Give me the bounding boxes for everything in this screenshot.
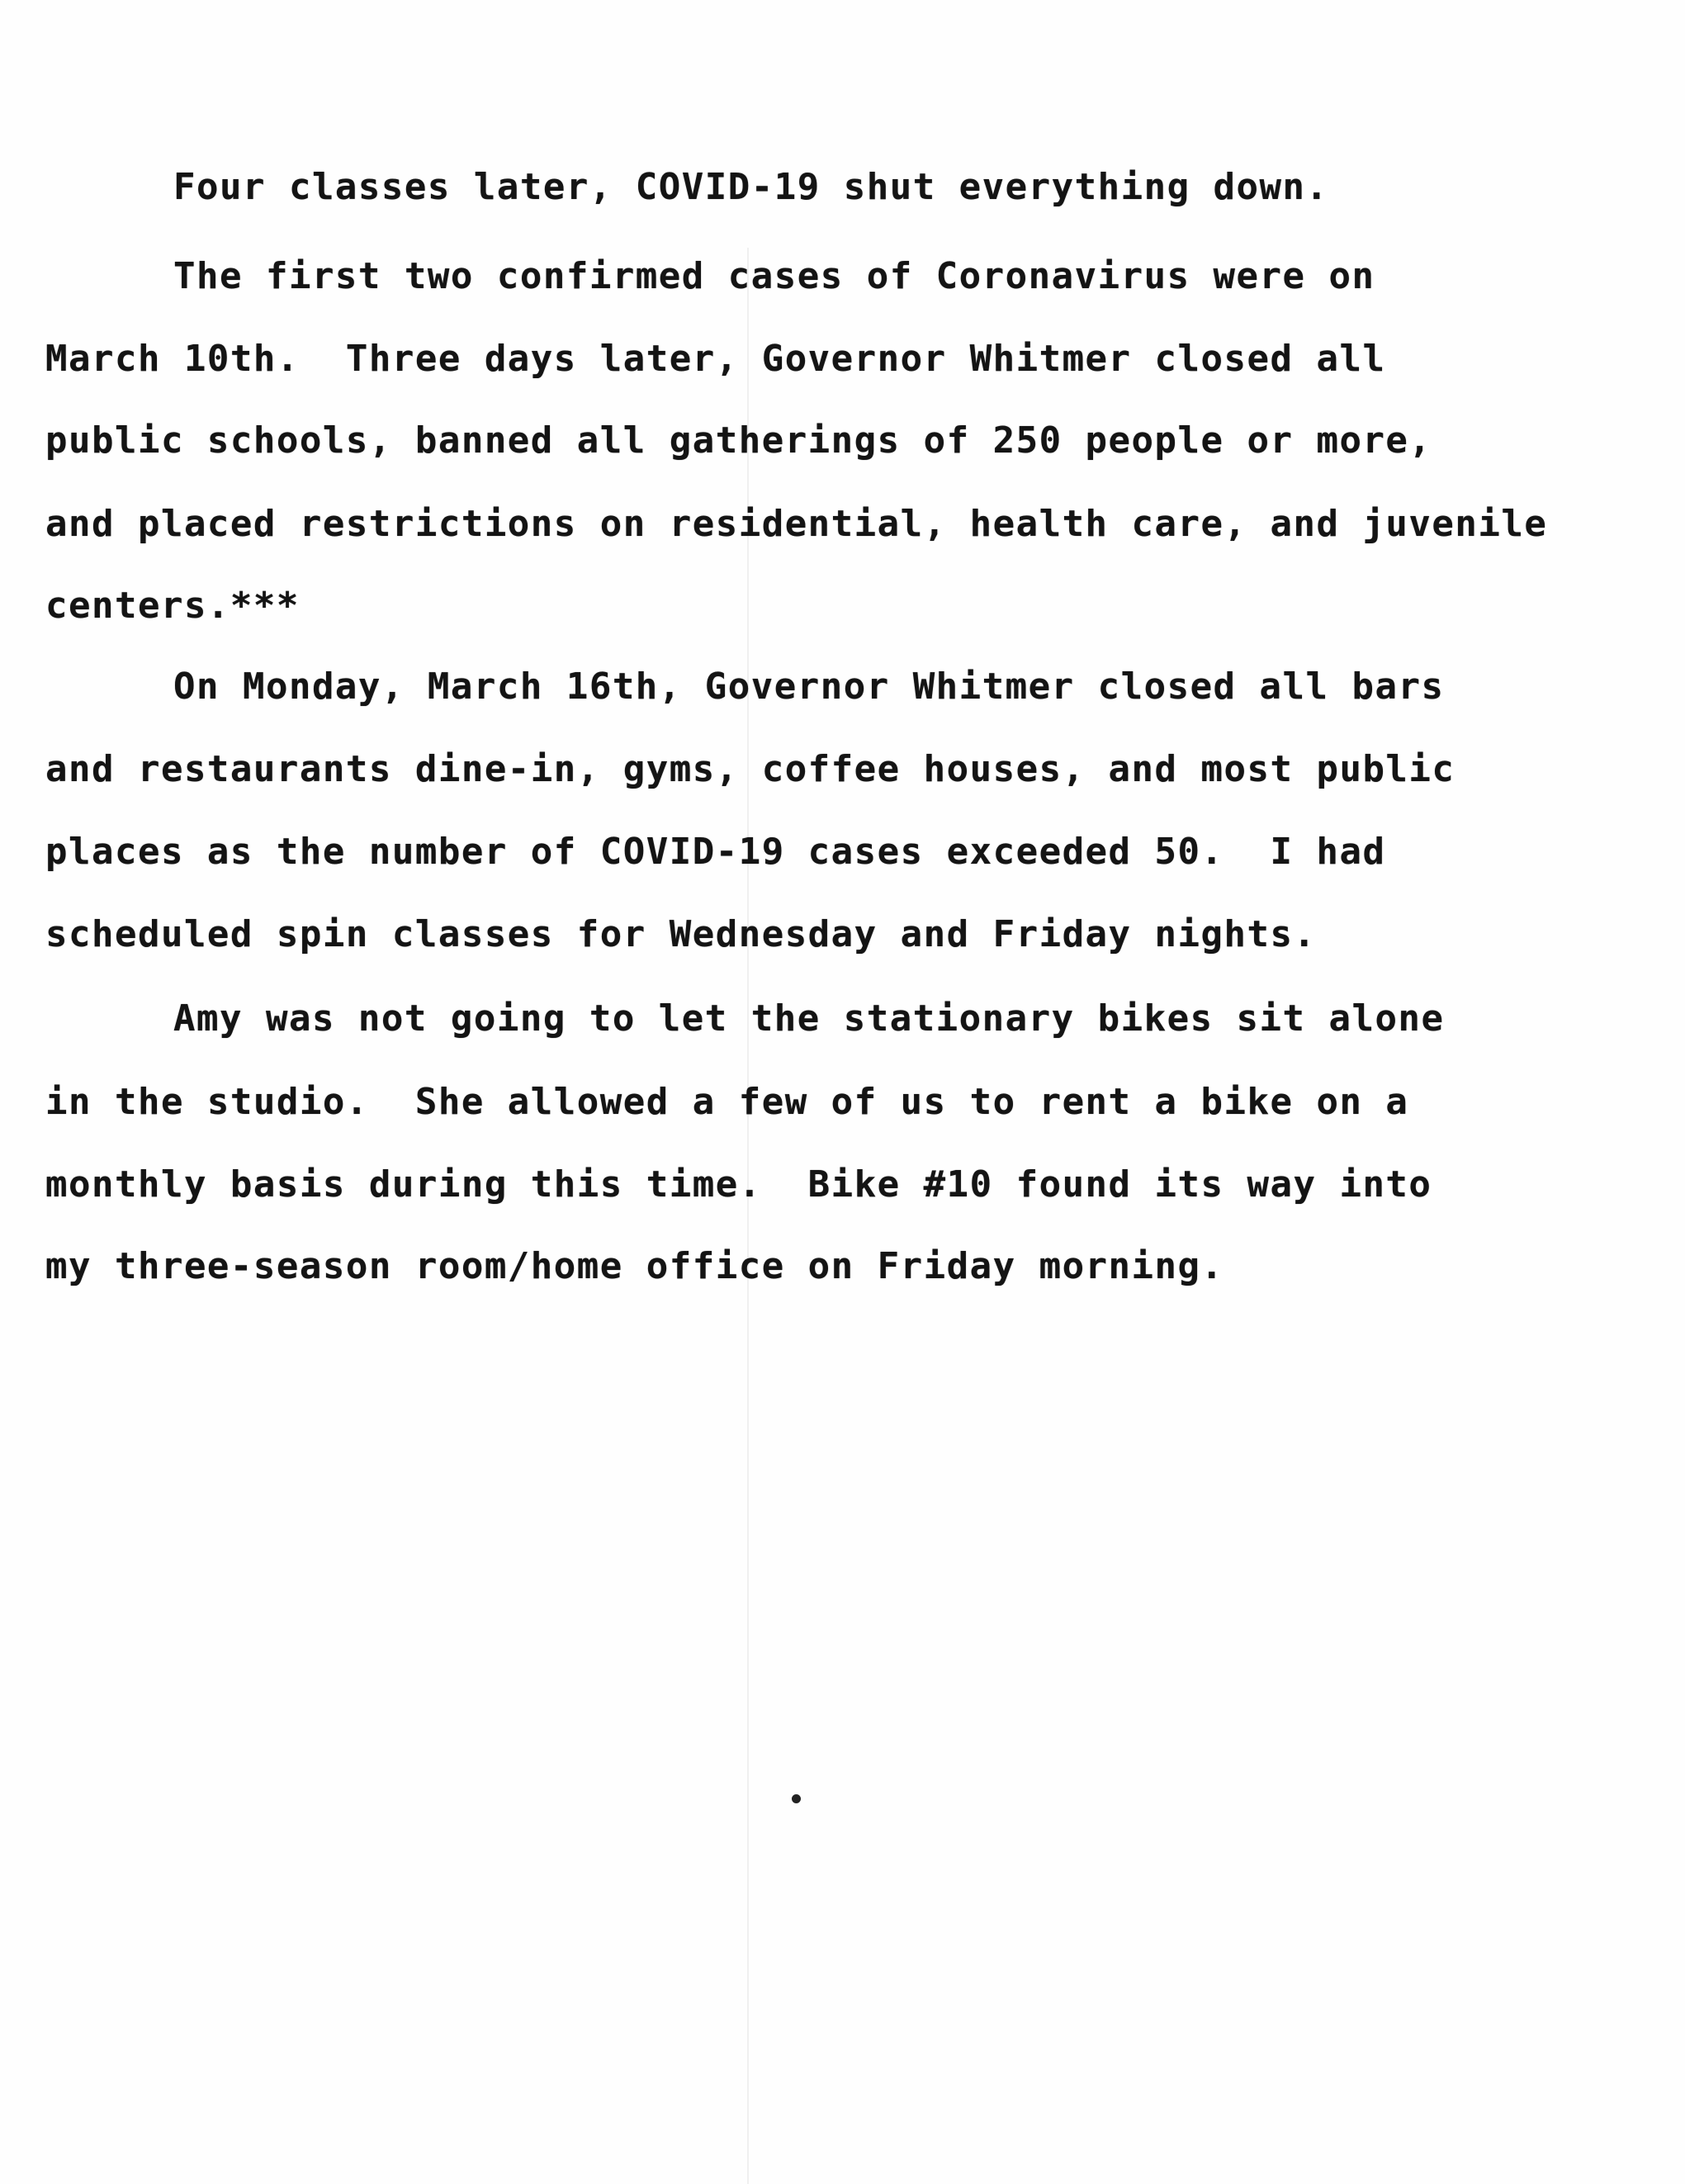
paragraph-2-line-3: public schools, banned all gatherings of…: [45, 423, 1432, 459]
typewritten-page: Four classes later, COVID-19 shut everyt…: [0, 0, 1685, 2184]
paragraph-3-line-1: On Monday, March 16th, Governor Whitmer …: [173, 669, 1444, 705]
paragraph-2-line-1: The first two confirmed cases of Coronav…: [173, 258, 1375, 295]
paragraph-3-line-3: places as the number of COVID-19 cases e…: [45, 834, 1385, 870]
paragraph-4-line-3: monthly basis during this time. Bike #10…: [45, 1167, 1432, 1203]
paragraph-4-line-1: Amy was not going to let the stationary …: [173, 1001, 1444, 1037]
paragraph-2-line-2: March 10th. Three days later, Governor W…: [45, 341, 1385, 377]
ink-spot: [792, 1794, 801, 1803]
paragraph-4-line-2: in the studio. She allowed a few of us t…: [45, 1084, 1408, 1120]
paragraph-1-line-1: Four classes later, COVID-19 shut everyt…: [173, 169, 1329, 206]
paragraph-3-line-4: scheduled spin classes for Wednesday and…: [45, 917, 1316, 953]
paragraph-3-line-2: and restaurants dine-in, gyms, coffee ho…: [45, 751, 1455, 788]
paragraph-4-line-4: my three-season room/home office on Frid…: [45, 1248, 1224, 1285]
paragraph-2-line-5: centers.***: [45, 588, 300, 624]
paragraph-2-line-4: and placed restrictions on residential, …: [45, 506, 1547, 542]
